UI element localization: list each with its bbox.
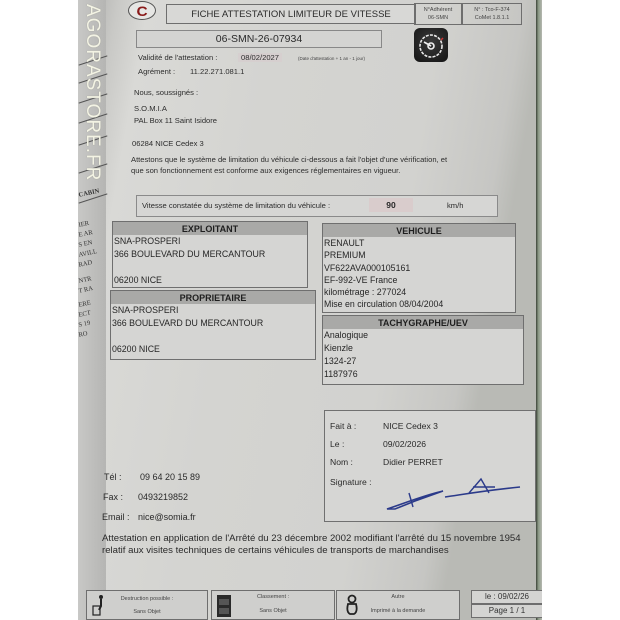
exploitant-line: SNA-PROSPERI [113,235,307,248]
name-label: Nom : [330,457,353,467]
under-paper-text: ECT [78,309,92,319]
certificate-number: 06-SMN-26-07934 [136,30,382,48]
vehicule-line: kilométrage : 277024 [323,286,515,298]
date-value: 09/02/2026 [383,439,426,449]
footer-autre: Autre Imprimé à la demande [336,590,460,620]
tel-value: 09 64 20 15 89 [140,472,200,482]
vehicule-line: RENAULT [323,237,515,249]
exploitant-line [113,261,307,274]
footer-classement: Classement : Sans Objet [211,590,335,620]
vehicule-line: VF622AVA000105161 [323,262,515,274]
footer-page-info: le : 09/02/26 Page 1 / 1 [471,590,541,618]
validity-date: 08/02/2027 [238,53,282,62]
footer-destruction: Destruction possible : Sans Objet [86,590,208,620]
page-number: Page 1 / 1 [471,604,542,618]
under-paper-text: S 19 [78,320,91,330]
exploitant-section: EXPLOITANT SNA-PROSPERI 366 BOULEVARD DU… [112,221,308,288]
proprietaire-line: 366 BOULEVARD DU MERCANTOUR [111,317,315,330]
under-paper-text: AVILL [78,248,98,260]
place-value: NICE Cedex 3 [383,421,438,431]
classement-label: Classement : [212,594,334,600]
validity-note: (Date d'attestation + 1 an - 1 jour) [298,56,365,61]
tachygraphe-title: TACHYGRAPHE/UEV [323,316,523,329]
reference-label: N° : Tco-F-374 [463,6,521,14]
vehicule-line: PREMIUM [323,249,515,261]
destruction-label: Destruction possible : [87,596,207,602]
under-paper-text: ERE [78,299,92,309]
agrement-value: 11.22.271.081.1 [190,67,244,76]
under-paper-text: T RA [78,285,94,296]
under-paper-text: IER [78,220,90,230]
signature-box: Fait à : NICE Cedex 3 Le : 09/02/2026 No… [324,410,536,522]
classement-value: Sans Objet [212,608,334,614]
exploitant-line: 06200 NICE [113,274,307,287]
email-label: Email : [102,512,130,522]
underlying-paper: CABIN IER E AR S EN AVILL RAD NTR T RA E… [78,0,106,620]
tachygraphe-line: Kienzle [323,342,523,355]
issuer-address: PAL Box 11 Saint Isidore [134,116,217,125]
proprietaire-line [111,330,315,343]
autre-label: Autre [337,594,459,600]
exploitant-line: 366 BOULEVARD DU MERCANTOUR [113,248,307,261]
speed-label: Vitesse constatée du système de limitati… [142,201,330,210]
adherent-box: N°Adhérent 06-SMN [414,3,462,25]
fax-label: Fax : [103,492,123,502]
under-paper-text: RAD [78,259,93,270]
signature-label: Signature : [330,477,372,487]
destruction-value: Sans Objet [87,609,207,615]
under-paper-text: RO [78,330,88,340]
proprietaire-line: 06200 NICE [111,343,315,356]
proprietaire-line: SNA-PROSPERI [111,304,315,317]
tachygraphe-section: TACHYGRAPHE/UEV Analogique Kienzle 1324-… [322,315,524,385]
fax-value: 0493219852 [138,492,188,502]
adherent-value: 06-SMN [415,14,461,22]
tachygraphe-line: 1187976 [323,368,523,381]
validity-label: Validité de l'attestation : [138,53,217,62]
issuer-name: S.O.M.I.A [134,104,167,113]
tel-label: Tél : [104,472,122,482]
handwritten-signature [385,473,525,513]
reference-value: CoMet 1.8.1.1 [463,14,521,22]
vehicule-section: VEHICULE RENAULT PREMIUM VF622AVA0001051… [322,223,516,313]
agrement-label: Agrément : [138,67,175,76]
proprietaire-section: PROPRIETAIRE SNA-PROSPERI 366 BOULEVARD … [110,290,316,360]
speedometer-icon [414,28,448,62]
company-logo: C [128,1,156,20]
speed-box: Vitesse constatée du système de limitati… [136,195,498,217]
legal-notice: Attestation en application de l'Arrêté d… [102,533,542,557]
reference-box: N° : Tco-F-374 CoMet 1.8.1.1 [462,3,522,25]
date-label: Le : [330,439,344,449]
statement-line: Attestons que le système de limitation d… [131,155,447,164]
autre-value: Imprimé à la demande [337,608,459,614]
statement-line: que son fonctionnement est conforme aux … [131,166,400,175]
vehicule-title: VEHICULE [323,224,515,237]
issuer-intro: Nous, soussignés : [134,88,198,97]
place-label: Fait à : [330,421,356,431]
document-title: FICHE ATTESTATION LIMITEUR DE VITESSE [166,4,416,24]
speed-value: 90 [369,198,413,212]
printed-date: le : 09/02/26 [471,590,542,604]
name-value: Didier PERRET [383,457,443,467]
proprietaire-title: PROPRIETAIRE [111,291,315,304]
attestation-document: C FICHE ATTESTATION LIMITEUR DE VITESSE … [106,0,536,620]
email-value: nice@somia.fr [138,512,196,522]
vehicule-line: Mise en circulation 08/04/2004 [323,298,515,310]
tachygraphe-line: Analogique [323,329,523,342]
speed-unit: km/h [447,201,463,210]
paper-edge [536,0,542,620]
issuer-city: 06284 NICE Cedex 3 [132,139,204,148]
exploitant-title: EXPLOITANT [113,222,307,235]
vehicule-line: EF-992-VE France [323,274,515,286]
tachygraphe-line: 1324-27 [323,355,523,368]
adherent-label: N°Adhérent [415,6,461,14]
watermark: AGORASTORE.FR [81,4,103,194]
document-photo: CABIN IER E AR S EN AVILL RAD NTR T RA E… [78,0,542,620]
